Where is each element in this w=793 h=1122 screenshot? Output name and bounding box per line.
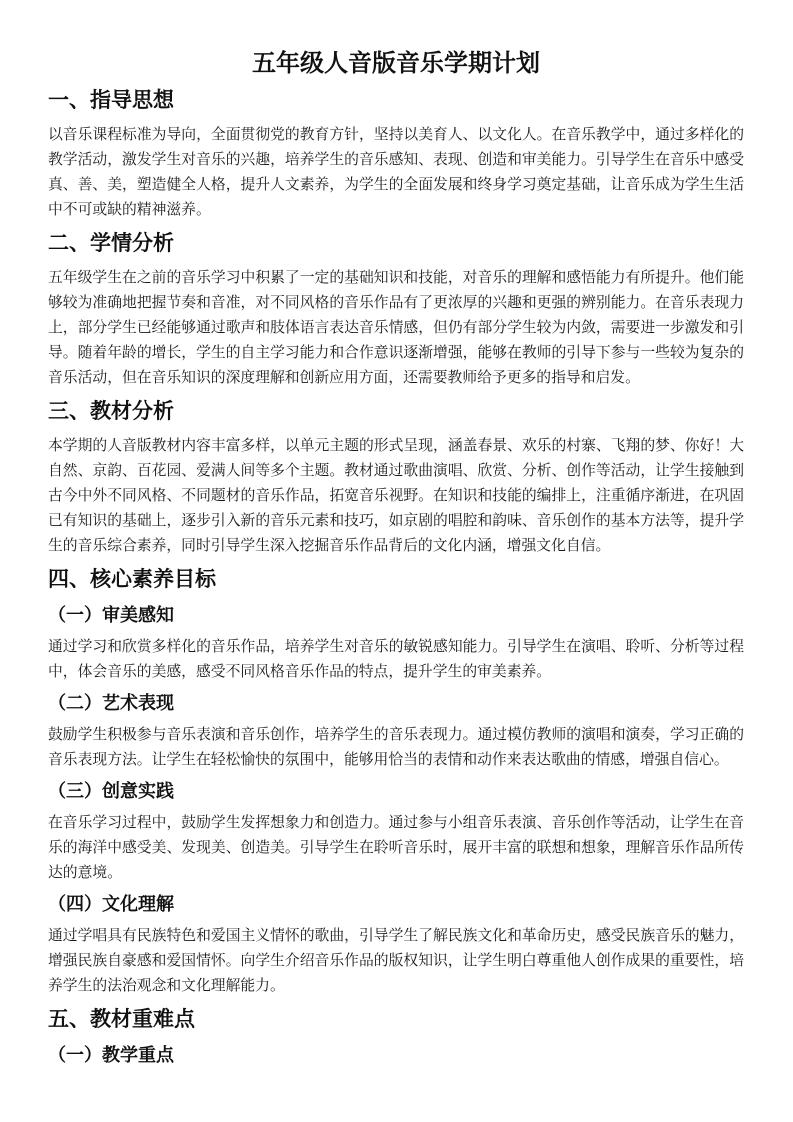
section-heading-guiding-ideology: 一、指导思想: [48, 86, 744, 116]
paragraph-aesthetic-perception: 通过学习和欣赏多样化的音乐作品，培养学生对音乐的敏锐感知能力。引导学生在演唱、聆…: [48, 635, 744, 685]
section-heading-learning-situation-analysis: 二、学情分析: [48, 229, 744, 259]
subsection-heading-teaching-key-points: （一）教学重点: [48, 1042, 744, 1069]
section-heading-core-literacy-goals: 四、核心素养目标: [48, 565, 744, 595]
paragraph-creative-practice: 在音乐学习过程中，鼓励学生发挥想象力和创造力。通过参与小组音乐表演、音乐创作等活…: [48, 811, 744, 886]
section-heading-textbook-key-difficult-points: 五、教材重难点: [48, 1005, 744, 1035]
paragraph-cultural-understanding: 通过学唱具有民族特色和爱国主义情怀的歌曲，引导学生了解民族文化和革命历史，感受民…: [48, 924, 744, 999]
subsection-heading-creative-practice: （三）创意实践: [48, 778, 744, 805]
subsection-heading-cultural-understanding: （四）文化理解: [48, 891, 744, 918]
paragraph-textbook-analysis: 本学期的人音版教材内容丰富多样，以单元主题的形式呈现，涵盖春景、欢乐的村寨、飞翔…: [48, 434, 744, 559]
paragraph-learning-situation-analysis: 五年级学生在之前的音乐学习中积累了一定的基础知识和技能，对音乐的理解和感悟能力有…: [48, 266, 744, 391]
subsection-heading-aesthetic-perception: （一）审美感知: [48, 602, 744, 629]
document-title: 五年级人音版音乐学期计划: [48, 48, 744, 80]
paragraph-artistic-expression: 鼓励学生积极参与音乐表演和音乐创作，培养学生的音乐表现力。通过模仿教师的演唱和演…: [48, 723, 744, 773]
subsection-heading-artistic-expression: （二）艺术表现: [48, 690, 744, 717]
section-heading-textbook-analysis: 三、教材分析: [48, 397, 744, 427]
paragraph-guiding-ideology: 以音乐课程标准为导向，全面贯彻党的教育方针，坚持以美育人、以文化人。在音乐教学中…: [48, 123, 744, 223]
document-page: 五年级人音版音乐学期计划 一、指导思想 以音乐课程标准为导向，全面贯彻党的教育方…: [0, 0, 793, 1122]
